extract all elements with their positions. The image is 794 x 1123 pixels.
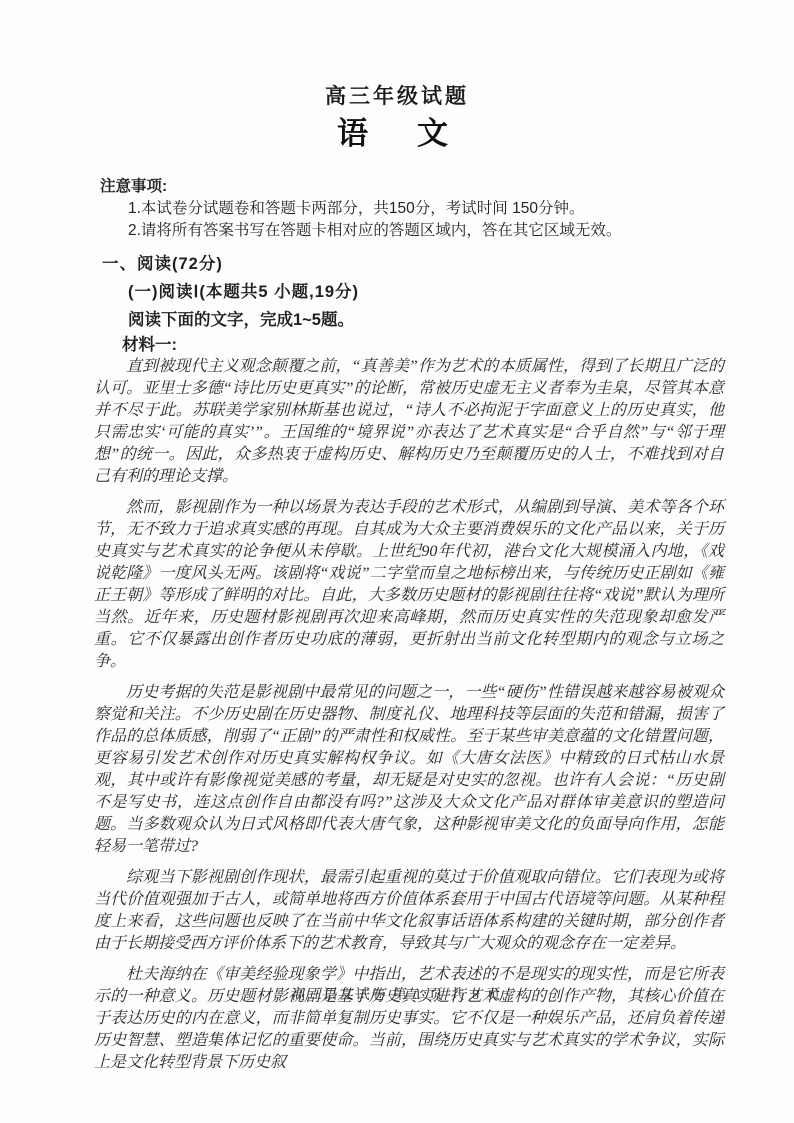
subsection-title: (一)阅读Ⅰ(本题共5 小题,19分) [128, 278, 734, 306]
notice-block: 注意事项: 1.本试卷分试题卷和答题卡两部分，共150分，考试时间 150分钟。… [100, 176, 734, 242]
paper-header: 高三年级试题 语 文 [0, 0, 794, 154]
section-title: 一、阅读(72分) [102, 250, 734, 278]
subject-title: 语 文 [0, 114, 794, 154]
reading-instruction: 阅读下面的文字，完成1~5题。 [128, 306, 734, 334]
notice-item: 2.请将所有答案书写在答题卡相对应的答题区域内，答在其它区域无效。 [128, 220, 734, 242]
material-paragraph: 然而，影视剧作为一种以场景为表达手段的艺术形式，从编剧到导演、美术等各个环节，无… [94, 497, 724, 673]
page-footer: 高三语文试卷 第 1 页 共 8 页 [0, 984, 794, 1004]
material-paragraph: 直到被现代主义观念颠覆之前，“真善美”作为艺术的本质属性，得到了长期且广泛的认可… [94, 356, 724, 488]
exam-grade-label: 高三年级试题 [0, 84, 794, 110]
exam-paper-page: 高三年级试题 语 文 注意事项: 1.本试卷分试题卷和答题卡两部分，共150分，… [0, 0, 794, 1123]
reading-section: 一、阅读(72分) (一)阅读Ⅰ(本题共5 小题,19分) 阅读下面的文字，完成… [102, 250, 734, 1074]
material-paragraph: 综观当下影视剧创作现状，最需引起重视的莫过于价值观取向错位。它们表现为或将当代价… [94, 867, 724, 955]
material-body: 直到被现代主义观念颠覆之前，“真善美”作为艺术的本质属性，得到了长期且广泛的认可… [94, 356, 724, 1074]
notice-items: 1.本试卷分试题卷和答题卡两部分，共150分，考试时间 150分钟。 2.请将所… [128, 198, 734, 242]
notice-item: 1.本试卷分试题卷和答题卡两部分，共150分，考试时间 150分钟。 [128, 198, 734, 220]
material-paragraph: 杜夫海纳在《审美经验现象学》中指出，艺术表述的不是现实的现实性，而是它所表示的一… [94, 964, 724, 1074]
material-label: 材料一: [122, 334, 734, 356]
material-paragraph: 历史考据的失范是影视剧中最常见的问题之一，一些“硬伤”性错误越来越容易被观众察觉… [94, 682, 724, 858]
notice-heading: 注意事项: [100, 176, 734, 198]
